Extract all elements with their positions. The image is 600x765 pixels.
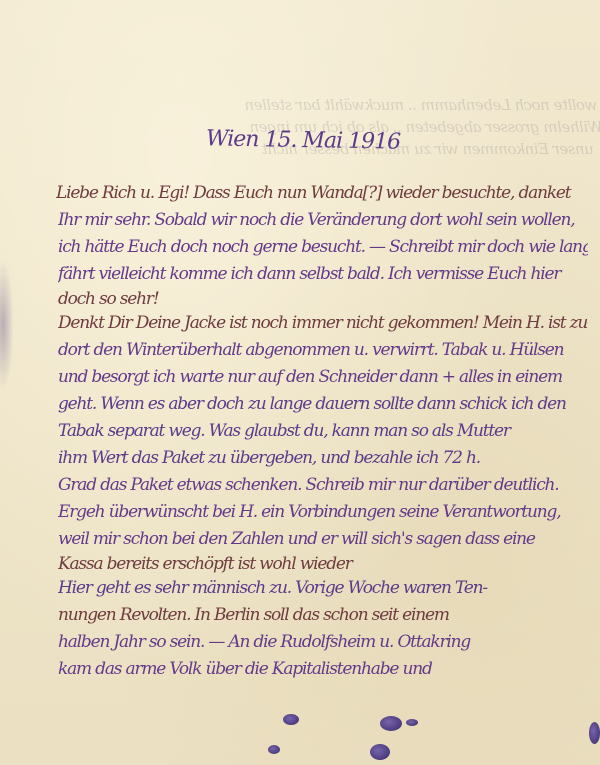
letter-body: Liebe Rich u. Egi! Dass Euch nun Wanda[?… <box>58 180 588 683</box>
letter-line: nungen Revolten. In Berlin soll das scho… <box>58 602 588 629</box>
ink-blot <box>268 745 280 754</box>
letter-line: Tabak separat weg. Was glaubst du, kann … <box>58 418 588 445</box>
letter-line: Ergeh überwünscht bei H. ein Vorbindunge… <box>58 499 588 526</box>
letter-line: und besorgt ich warte nur auf den Schnei… <box>58 364 588 391</box>
letter-line: Kassa bereits erschöpft ist wohl wieder <box>58 553 588 575</box>
ink-blot <box>406 719 418 726</box>
letter-line: doch so sehr! <box>58 288 588 310</box>
letter-line-salutation: Liebe Rich u. Egi! Dass Euch nun Wanda[?… <box>56 180 588 207</box>
letter-line: Grad das Paket etwas schenken. Schreib m… <box>58 472 588 499</box>
ink-stain-left-edge <box>0 260 14 390</box>
letter-line: geht. Wenn es aber doch zu lange dauern … <box>58 391 588 418</box>
letter-line: kam das arme Volk über die Kapitalistenh… <box>58 656 588 683</box>
ink-blot <box>589 722 600 744</box>
letter-line: Ihr mir sehr. Sobald wir noch die Veränd… <box>58 207 588 234</box>
letter-date: Wien 15. Mai 1916 <box>206 126 401 154</box>
letter-line: ihm Wert das Paket zu übergeben, und bez… <box>58 445 588 472</box>
letter-page: wollte noch Lebenhamm .. muckwählt bar s… <box>0 0 600 765</box>
letter-line: Hier geht es sehr männisch zu. Vorige Wo… <box>58 575 588 602</box>
letter-line: Denkt Dir Deine Jacke ist noch immer nic… <box>58 310 588 337</box>
ink-blot <box>283 714 299 725</box>
letter-line: weil mir schon bei den Zahlen und er wil… <box>58 526 588 553</box>
letter-line: dort den Winterüberhalt abgenommen u. ve… <box>58 337 588 364</box>
bleed-line: wollte noch Lebenhamm .. muckwählt bar s… <box>245 96 597 114</box>
letter-line: ich hätte Euch doch noch gerne besucht. … <box>58 234 588 261</box>
ink-blot <box>370 744 390 760</box>
ink-blot <box>380 716 402 731</box>
letter-line: halben Jahr so sein. — An die Rudolfshei… <box>58 629 588 656</box>
letter-line: fährt vielleicht komme ich dann selbst b… <box>58 261 588 288</box>
